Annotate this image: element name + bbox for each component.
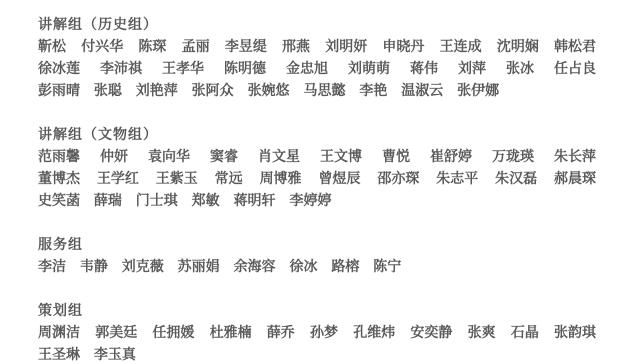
member-name: 陈明德 xyxy=(224,57,266,79)
name-group-section: 策划组周渊洁 郭美廷 任拥媛 杜雅楠 薛乔 孙梦 孔维炜 安奕静 张爽 石晶 张… xyxy=(38,299,596,364)
member-name: 孙梦 xyxy=(310,321,338,343)
member-name: 韦静 xyxy=(80,255,108,277)
member-name: 任拥媛 xyxy=(152,321,194,343)
member-name: 付兴华 xyxy=(81,35,123,57)
member-name: 邢燕 xyxy=(282,35,310,57)
name-group-section: 讲解组（历史组）靳松 付兴华 陈琛 孟丽 李昱缇 邢燕 刘明妍 申晓丹 王连成 … xyxy=(38,13,596,101)
member-name: 万珑瑛 xyxy=(492,145,534,167)
member-list: 周渊洁 郭美廷 任拥媛 杜雅楠 薛乔 孙梦 孔维炜 安奕静 张爽 石晶 张韵琪 … xyxy=(38,321,596,364)
member-name: 张聪 xyxy=(94,79,122,101)
member-name: 石晶 xyxy=(511,321,539,343)
member-name: 王学红 xyxy=(97,167,139,189)
member-name: 郭美廷 xyxy=(95,321,137,343)
member-name: 金忠旭 xyxy=(286,57,328,79)
section-title: 服务组 xyxy=(38,233,596,255)
member-name: 崔舒婷 xyxy=(430,145,472,167)
member-name: 朱长萍 xyxy=(554,145,596,167)
member-name: 周博雅 xyxy=(260,167,302,189)
member-name: 曾煜辰 xyxy=(318,167,360,189)
member-name: 袁向华 xyxy=(148,145,190,167)
member-name: 王孝华 xyxy=(162,57,204,79)
member-name: 王文博 xyxy=(320,145,362,167)
member-name: 杜雅楠 xyxy=(210,321,252,343)
member-name: 刘艳萍 xyxy=(136,79,178,101)
member-name: 张韵琪 xyxy=(554,321,596,343)
name-group-section: 讲解组（文物组）范雨馨 仲妍 袁向华 窦睿 肖文星 王文博 曹悦 崔舒婷 万珑瑛… xyxy=(38,123,596,211)
member-name: 史笑菡 xyxy=(38,189,80,211)
section-title: 策划组 xyxy=(38,299,596,321)
member-name: 孔维炜 xyxy=(353,321,395,343)
member-name: 朱汉磊 xyxy=(495,167,537,189)
member-name: 郝晨琛 xyxy=(554,167,596,189)
member-name: 蒋伟 xyxy=(410,57,438,79)
member-name: 张婉悠 xyxy=(248,79,290,101)
member-name: 董博杰 xyxy=(38,167,80,189)
member-name: 常远 xyxy=(215,167,243,189)
member-name: 李婷婷 xyxy=(289,189,331,211)
member-name: 郑敏 xyxy=(192,189,220,211)
member-name: 李洁 xyxy=(38,255,66,277)
member-list: 靳松 付兴华 陈琛 孟丽 李昱缇 邢燕 刘明妍 申晓丹 王连成 沈明娴 韩松君 … xyxy=(38,35,596,101)
member-name: 申晓丹 xyxy=(382,35,424,57)
member-name: 周渊洁 xyxy=(38,321,80,343)
member-name: 刘明妍 xyxy=(325,35,367,57)
member-name: 窦睿 xyxy=(210,145,238,167)
member-name: 马思懿 xyxy=(303,79,345,101)
member-name: 肖文星 xyxy=(258,145,300,167)
member-name: 朱志平 xyxy=(436,167,478,189)
member-name: 徐冰莲 xyxy=(38,57,80,79)
member-name: 孟丽 xyxy=(182,35,210,57)
member-name: 仲妍 xyxy=(100,145,128,167)
member-name: 李沛祺 xyxy=(100,57,142,79)
member-name: 薛瑞 xyxy=(94,189,122,211)
member-name: 安奕静 xyxy=(410,321,452,343)
name-groups: 讲解组（历史组）靳松 付兴华 陈琛 孟丽 李昱缇 邢燕 刘明妍 申晓丹 王连成 … xyxy=(38,13,596,364)
member-name: 李玉真 xyxy=(94,343,136,364)
member-name: 曹悦 xyxy=(382,145,410,167)
member-name: 靳松 xyxy=(38,35,66,57)
section-title: 讲解组（文物组） xyxy=(38,123,596,145)
member-name: 李昱缇 xyxy=(225,35,267,57)
member-name: 张爽 xyxy=(468,321,496,343)
member-name: 韩松君 xyxy=(554,35,596,57)
member-name: 任占良 xyxy=(554,57,596,79)
member-name: 刘克薇 xyxy=(122,255,164,277)
member-name: 彭雨晴 xyxy=(38,79,80,101)
member-name: 徐冰 xyxy=(289,255,317,277)
member-name: 陈琛 xyxy=(138,35,166,57)
member-name: 张伊娜 xyxy=(457,79,499,101)
member-name: 苏丽娟 xyxy=(178,255,220,277)
member-name: 陈宁 xyxy=(373,255,401,277)
member-list: 范雨馨 仲妍 袁向华 窦睿 肖文星 王文博 曹悦 崔舒婷 万珑瑛 朱长萍 董博杰… xyxy=(38,145,596,211)
member-name: 邵亦琛 xyxy=(377,167,419,189)
section-title: 讲解组（历史组） xyxy=(38,13,596,35)
member-name: 张阿众 xyxy=(192,79,234,101)
member-name: 王连成 xyxy=(440,35,482,57)
member-name: 薛乔 xyxy=(267,321,295,343)
member-name: 门士琪 xyxy=(136,189,178,211)
member-name: 刘萌萌 xyxy=(348,57,390,79)
member-name: 余海容 xyxy=(234,255,276,277)
member-name: 王圣琳 xyxy=(38,343,80,364)
member-name: 温淑云 xyxy=(401,79,443,101)
member-name: 王紫玉 xyxy=(156,167,198,189)
member-name: 范雨馨 xyxy=(38,145,80,167)
member-name: 李艳 xyxy=(359,79,387,101)
member-name: 张冰 xyxy=(506,57,534,79)
member-name: 沈明娴 xyxy=(497,35,539,57)
member-list: 李洁 韦静 刘克薇 苏丽娟 余海容 徐冰 路榕 陈宁 xyxy=(38,255,596,277)
member-name: 蒋明轩 xyxy=(234,189,276,211)
member-name: 路榕 xyxy=(331,255,359,277)
member-name: 刘萍 xyxy=(458,57,486,79)
name-group-section: 服务组李洁 韦静 刘克薇 苏丽娟 余海容 徐冰 路榕 陈宁 xyxy=(38,233,596,277)
document-page: 讲解组（历史组）靳松 付兴华 陈琛 孟丽 李昱缇 邢燕 刘明妍 申晓丹 王连成 … xyxy=(0,0,630,364)
